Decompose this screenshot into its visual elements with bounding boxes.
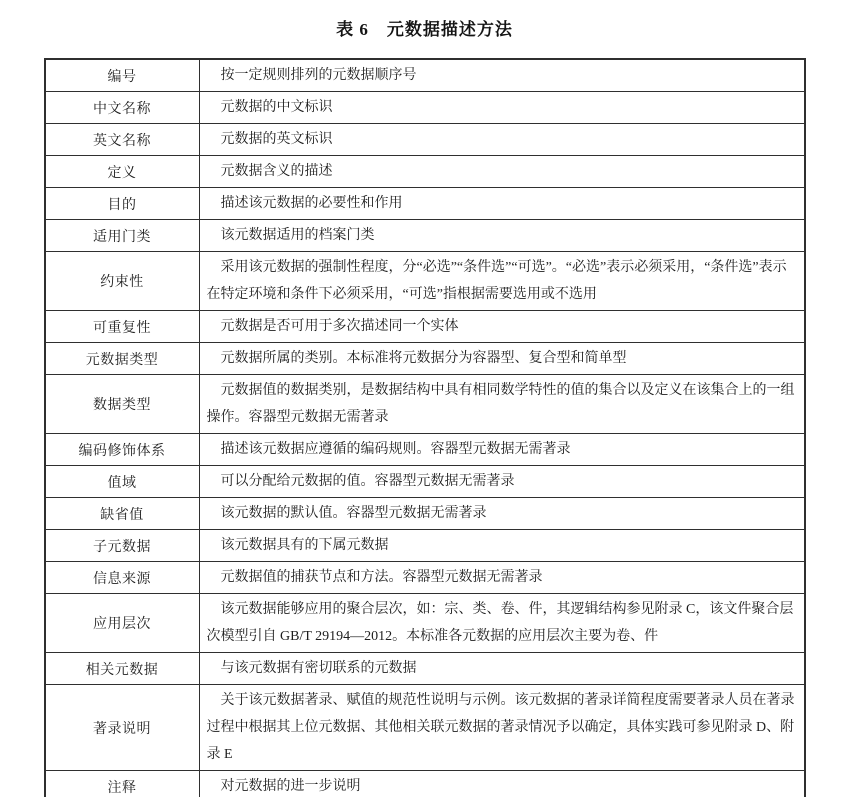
table-row: 著录说明 关于该元数据著录、赋值的规范性说明与示例。该元数据的著录详简程度需要著…	[45, 685, 805, 771]
row-desc-cell: 可以分配给元数据的值。容器型元数据无需著录	[199, 466, 805, 498]
table-row: 约束性 采用该元数据的强制性程度，分“必选”“条件选”“可选”。“必选”表示必须…	[45, 252, 805, 311]
row-desc-cell: 该元数据具有的下属元数据	[199, 530, 805, 562]
table-row: 元数据类型 元数据所属的类别。本标准将元数据分为容器型、复合型和简单型	[45, 343, 805, 375]
table-row: 相关元数据 与该元数据有密切联系的元数据	[45, 653, 805, 685]
metadata-description-table: 编号 按一定规则排列的元数据顺序号 中文名称 元数据的中文标识 英文名称 元数据…	[44, 58, 806, 797]
row-label-cell: 注释	[45, 771, 200, 797]
row-label-cell: 著录说明	[45, 685, 200, 771]
table-caption: 表 6 元数据描述方法	[0, 0, 849, 41]
row-desc-cell: 元数据是否可用于多次描述同一个实体	[199, 311, 805, 343]
row-desc-cell: 元数据值的捕获节点和方法。容器型元数据无需著录	[199, 562, 805, 594]
table-row: 目的 描述该元数据的必要性和作用	[45, 188, 805, 220]
row-label-cell: 定义	[45, 156, 200, 188]
row-desc-cell: 描述该元数据的必要性和作用	[199, 188, 805, 220]
row-label-cell: 编码修饰体系	[45, 434, 200, 466]
table-row: 数据类型 元数据值的数据类别，是数据结构中具有相同数学特性的值的集合以及定义在该…	[45, 375, 805, 434]
row-label-cell: 目的	[45, 188, 200, 220]
table-body: 编号 按一定规则排列的元数据顺序号 中文名称 元数据的中文标识 英文名称 元数据…	[45, 59, 805, 797]
table-row: 中文名称 元数据的中文标识	[45, 92, 805, 124]
row-desc-cell: 元数据的英文标识	[199, 124, 805, 156]
row-label-cell: 适用门类	[45, 220, 200, 252]
row-desc-cell: 采用该元数据的强制性程度，分“必选”“条件选”“可选”。“必选”表示必须采用，“…	[199, 252, 805, 311]
row-desc-cell: 按一定规则排列的元数据顺序号	[199, 59, 805, 92]
table-row: 适用门类 该元数据适用的档案门类	[45, 220, 805, 252]
table-row: 可重复性 元数据是否可用于多次描述同一个实体	[45, 311, 805, 343]
row-desc-cell: 描述该元数据应遵循的编码规则。容器型元数据无需著录	[199, 434, 805, 466]
row-label-cell: 应用层次	[45, 594, 200, 653]
table-row: 值域 可以分配给元数据的值。容器型元数据无需著录	[45, 466, 805, 498]
row-label-cell: 元数据类型	[45, 343, 200, 375]
row-label-cell: 可重复性	[45, 311, 200, 343]
table-row: 注释 对元数据的进一步说明	[45, 771, 805, 797]
row-desc-cell: 元数据值的数据类别，是数据结构中具有相同数学特性的值的集合以及定义在该集合上的一…	[199, 375, 805, 434]
row-desc-cell: 对元数据的进一步说明	[199, 771, 805, 797]
row-desc-cell: 该元数据适用的档案门类	[199, 220, 805, 252]
table-row: 信息来源 元数据值的捕获节点和方法。容器型元数据无需著录	[45, 562, 805, 594]
row-desc-cell: 与该元数据有密切联系的元数据	[199, 653, 805, 685]
row-label-cell: 英文名称	[45, 124, 200, 156]
row-label-cell: 缺省值	[45, 498, 200, 530]
row-label-cell: 数据类型	[45, 375, 200, 434]
row-desc-cell: 元数据含义的描述	[199, 156, 805, 188]
row-desc-cell: 该元数据的默认值。容器型元数据无需著录	[199, 498, 805, 530]
table-row: 编码修饰体系 描述该元数据应遵循的编码规则。容器型元数据无需著录	[45, 434, 805, 466]
row-label-cell: 编号	[45, 59, 200, 92]
row-desc-cell: 该元数据能够应用的聚合层次，如：宗、类、卷、件，其逻辑结构参见附录 C，该文件聚…	[199, 594, 805, 653]
document-page: 表 6 元数据描述方法 编号 按一定规则排列的元数据顺序号 中文名称 元数据的中…	[0, 0, 849, 797]
table-row: 定义 元数据含义的描述	[45, 156, 805, 188]
row-label-cell: 相关元数据	[45, 653, 200, 685]
table-row: 缺省值 该元数据的默认值。容器型元数据无需著录	[45, 498, 805, 530]
table-row: 子元数据 该元数据具有的下属元数据	[45, 530, 805, 562]
row-label-cell: 值域	[45, 466, 200, 498]
row-desc-cell: 元数据所属的类别。本标准将元数据分为容器型、复合型和简单型	[199, 343, 805, 375]
table-row: 编号 按一定规则排列的元数据顺序号	[45, 59, 805, 92]
row-label-cell: 信息来源	[45, 562, 200, 594]
row-label-cell: 约束性	[45, 252, 200, 311]
table-row: 应用层次 该元数据能够应用的聚合层次，如：宗、类、卷、件，其逻辑结构参见附录 C…	[45, 594, 805, 653]
row-desc-cell: 元数据的中文标识	[199, 92, 805, 124]
row-label-cell: 中文名称	[45, 92, 200, 124]
row-desc-cell: 关于该元数据著录、赋值的规范性说明与示例。该元数据的著录详简程度需要著录人员在著…	[199, 685, 805, 771]
table-row: 英文名称 元数据的英文标识	[45, 124, 805, 156]
row-label-cell: 子元数据	[45, 530, 200, 562]
